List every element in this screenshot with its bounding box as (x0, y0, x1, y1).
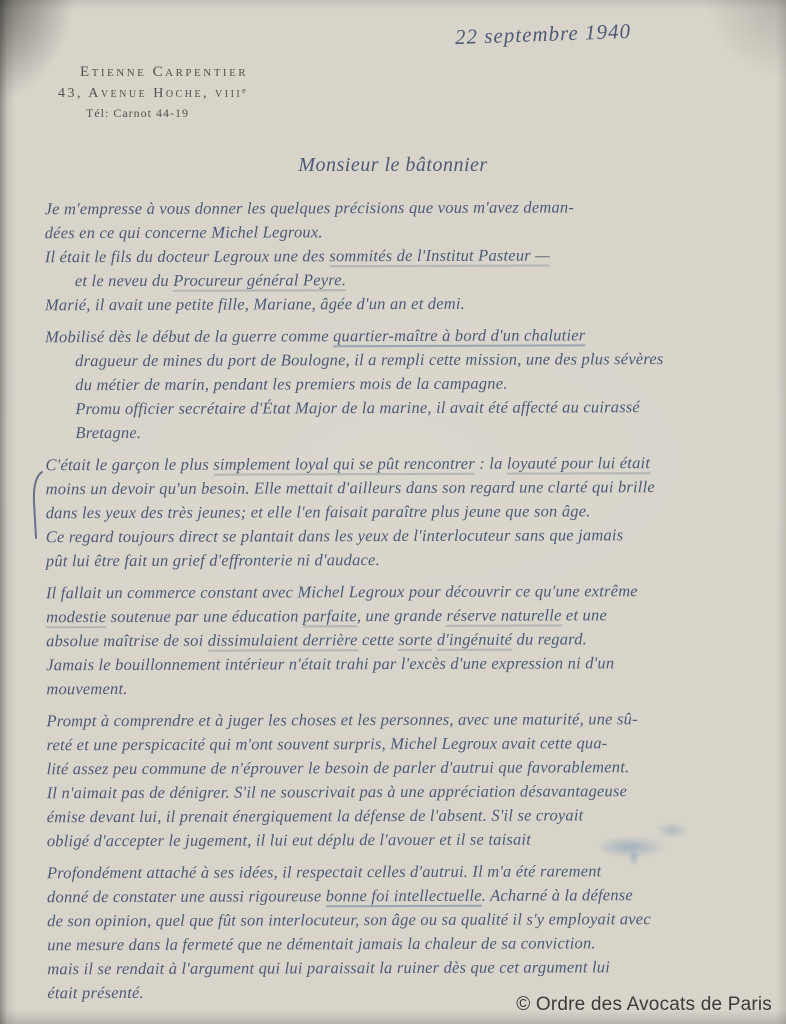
text-segment: du regard. (512, 629, 587, 648)
text-segment: Promu officier secrétaire d'État Major d… (75, 397, 640, 418)
handwritten-line: dées en ce qui concerne Michel Legroux. (45, 219, 777, 246)
text-segment: absolue maîtrise de soi (46, 631, 208, 651)
underlined-text: parfaite (303, 606, 357, 627)
text-segment: de son opinion, quel que fût son interlo… (47, 909, 651, 930)
text-segment: pût lui être fait un grief d'effronterie… (46, 550, 380, 570)
handwritten-line: du métier de marin, pendant les premiers… (45, 371, 777, 398)
underlined-text: quartier-maître à bord d'un chalutier (333, 325, 585, 347)
text-segment: dées en ce qui concerne Michel Legroux. (45, 222, 323, 242)
text-segment: Ce regard toujours direct se plantait da… (46, 525, 624, 546)
text-segment: cette (358, 630, 399, 649)
underlined-text: loyauté pour lui était (507, 453, 650, 474)
letterhead: Etienne Carpentier 43, Avenue Hoche, vii… (58, 64, 248, 121)
handwritten-line: Marié, il avait une petite fille, Marian… (45, 291, 777, 318)
handwritten-line: Il fallait un commerce constant avec Mic… (46, 579, 778, 606)
handwritten-line: Prompt à comprendre et à juger les chose… (46, 707, 778, 734)
text-segment: obligé d'accepter le jugement, il lui eu… (47, 830, 531, 851)
text-segment: . Acharné à la défense (482, 885, 633, 905)
underlined-text: simplement loyal qui se pût rencontrer (213, 454, 475, 476)
handwritten-line: lité assez peu commune de n'éprouver le … (47, 755, 779, 782)
handwritten-line: absolue maîtrise de soi dissimulaient de… (46, 627, 778, 654)
handwritten-line: dans les yeux des très jeunes; et elle l… (46, 499, 778, 526)
handwritten-line: modestie soutenue par une éducation parf… (46, 603, 778, 630)
underlined-text: Procureur général Peyre. (173, 270, 346, 292)
handwritten-line: C'était le garçon le plus simplement loy… (45, 451, 777, 478)
text-segment: et une (562, 605, 607, 624)
handwritten-line: Je m'empresse à vous donner les quelques… (45, 195, 777, 222)
letter-page: Etienne Carpentier 43, Avenue Hoche, vii… (0, 0, 786, 1024)
handwritten-line: Jamais le bouillonnement intérieur n'éta… (46, 651, 778, 678)
underlined-text: modestie (46, 607, 106, 628)
underlined-text: d'ingénuité (437, 630, 512, 651)
text-segment: reté et une perspicacité qui m'ont souve… (46, 733, 607, 754)
text-segment: mouvement. (46, 679, 127, 698)
letterhead-address: 43, Avenue Hoche, viiiᵉ (58, 86, 248, 102)
letterhead-name: Etienne Carpentier (80, 64, 248, 81)
handwritten-line: et le neveu du Procureur général Peyre. (45, 267, 777, 294)
handwritten-line: dragueur de mines du port de Boulogne, i… (45, 347, 777, 374)
text-segment: Prompt à comprendre et à juger les chose… (46, 709, 637, 730)
text-segment: dragueur de mines du port de Boulogne, i… (75, 349, 663, 370)
text-segment: Profondément attaché à ses idées, il res… (47, 861, 602, 882)
ink-smudge (629, 852, 639, 866)
text-segment: Je m'empresse à vous donner les quelques… (45, 197, 574, 218)
handwritten-line: moins un devoir qu'un besoin. Elle metta… (46, 475, 778, 502)
underlined-text: sommités de l'Institut Pasteur — (329, 246, 550, 268)
text-segment: : la (475, 454, 507, 473)
text-segment: Jamais le bouillonnement intérieur n'éta… (46, 653, 614, 674)
text-segment: Il fallait un commerce constant avec Mic… (46, 581, 638, 602)
handwritten-line: Il n'aimait pas de dénigrer. S'il ne sou… (47, 779, 779, 806)
letter-body: Je m'empresse à vous donner les quelques… (45, 195, 780, 1006)
handwritten-line: Ce regard toujours direct se plantait da… (46, 523, 778, 550)
handwritten-line: une mesure dans la fermeté que ne dément… (47, 931, 779, 958)
handwritten-line: Mobilisé dès le début de la guerre comme… (45, 323, 777, 350)
letter-date: 22 septembre 1940 (455, 19, 632, 50)
salutation: Monsieur le bâtonnier (0, 154, 786, 177)
text-segment: lité assez peu commune de n'éprouver le … (47, 757, 630, 778)
text-segment: moins un devoir qu'un besoin. Elle metta… (46, 477, 655, 498)
handwritten-line: Bretagne. (45, 419, 777, 446)
margin-bracket-mark (30, 470, 44, 540)
text-segment: Marié, il avait une petite fille, Marian… (45, 294, 465, 314)
underlined-text: bonne foi intellectuelle (326, 886, 482, 908)
ink-smudge (655, 822, 689, 838)
text-segment: émise devant lui, il prenait énergiqueme… (47, 805, 584, 826)
text-segment: dans les yeux des très jeunes; et elle l… (46, 501, 591, 522)
text-segment: mais il se rendait à l'argument qui lui … (47, 957, 610, 978)
handwritten-line: reté et une perspicacité qui m'ont souve… (46, 731, 778, 758)
handwritten-line: de son opinion, quel que fût son interlo… (47, 907, 779, 934)
text-segment: et le neveu du (75, 271, 173, 290)
text-segment: donné de constater une aussi rigoureuse (47, 886, 326, 906)
handwritten-line: Promu officier secrétaire d'État Major d… (45, 395, 777, 422)
text-segment: une mesure dans la fermeté que ne dément… (47, 933, 596, 954)
text-segment: Bretagne. (75, 423, 141, 442)
text-segment: du métier de marin, pendant les premiers… (75, 374, 507, 395)
text-segment: Il était le fils du docteur Legroux une … (45, 246, 330, 266)
underlined-text: sorte (398, 630, 432, 651)
text-segment: Mobilisé dès le début de la guerre comme (45, 326, 333, 346)
text-segment: Il n'aimait pas de dénigrer. S'il ne sou… (47, 781, 628, 802)
handwritten-line: mouvement. (46, 675, 778, 702)
letterhead-phone: Tél: Carnot 44-19 (86, 106, 248, 121)
handwritten-line: donné de constater une aussi rigoureuse … (47, 883, 779, 910)
underlined-text: dissimulaient derrière (208, 630, 358, 652)
text-segment: , une grande (357, 606, 447, 625)
text-segment: soutenue par une éducation (106, 606, 303, 626)
text-segment: était présenté. (47, 983, 144, 1002)
copyright-notice: © Ordre des Avocats de Paris (516, 994, 772, 1016)
underlined-text: réserve naturelle (447, 605, 562, 626)
handwritten-line: pût lui être fait un grief d'effronterie… (46, 547, 778, 574)
handwritten-line: Il était le fils du docteur Legroux une … (45, 243, 777, 270)
text-segment: C'était le garçon le plus (45, 455, 213, 475)
handwritten-line: Profondément attaché à ses idées, il res… (47, 859, 779, 886)
handwritten-line: mais il se rendait à l'argument qui lui … (47, 955, 779, 982)
